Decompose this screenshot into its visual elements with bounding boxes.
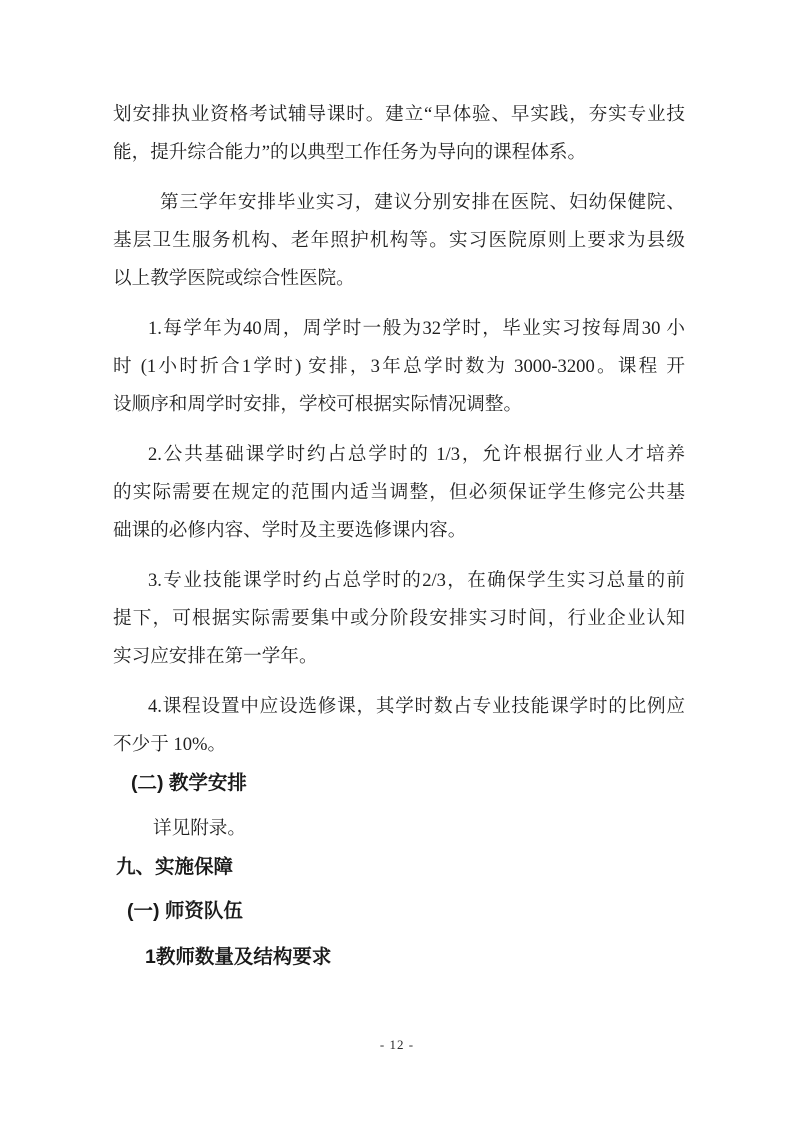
paragraph-line: 2.公共基础课学时约占总学时的 1/3，允许根据行业人才培养 bbox=[113, 436, 685, 474]
paragraph-line: 能，提升综合能力”的以典型工作任务为导向的课程体系。 bbox=[113, 134, 685, 172]
paragraph: 3.专业技能课学时约占总学时的2/3，在确保学生实习总量的前 提下，可根据实际需… bbox=[113, 562, 685, 676]
section-heading-teacher-quantity-structure: 1教师数量及结构要求 bbox=[113, 938, 685, 976]
paragraph-line: 4.课程设置中应设选修课，其学时数占专业技能课学时的比例应 bbox=[113, 688, 685, 726]
document-page: 划安排执业资格考试辅导课时。建立“早体验、早实践，夯实专业技 能，提升综合能力”… bbox=[0, 0, 794, 1123]
paragraph: 详见附录。 bbox=[113, 810, 685, 848]
paragraph-line: 提下，可根据实际需要集中或分阶段安排实习时间，行业企业认知 bbox=[113, 600, 685, 638]
paragraph-line: 第三学年安排毕业实习，建议分别安排在医院、妇幼保健院、 bbox=[113, 184, 685, 222]
paragraph-line: 1.每学年为40周，周学时一般为32学时，毕业实习按每周30 小 bbox=[113, 310, 685, 348]
paragraph-line: 以上教学医院或综合性医院。 bbox=[113, 260, 685, 298]
paragraph: 1.每学年为40周，周学时一般为32学时，毕业实习按每周30 小 时 (1小时折… bbox=[113, 310, 685, 424]
paragraph-line: 设顺序和周学时安排，学校可根据实际情况调整。 bbox=[113, 386, 685, 424]
section-heading-teaching-arrangement: (二) 教学安排 bbox=[113, 764, 685, 802]
paragraph-line: 划安排执业资格考试辅导课时。建立“早体验、早实践，夯实专业技 bbox=[113, 96, 685, 134]
paragraph-line: 不少于 10%。 bbox=[113, 726, 685, 764]
paragraph-line: 时 (1小时折合1学时) 安排，3年总学时数为 3000-3200。课程 开 bbox=[113, 348, 685, 386]
paragraph: 4.课程设置中应设选修课，其学时数占专业技能课学时的比例应 不少于 10%。 bbox=[113, 688, 685, 764]
page-number: - 12 - bbox=[380, 1037, 414, 1052]
paragraph-line: 基层卫生服务机构、老年照护机构等。实习医院原则上要求为县级 bbox=[113, 222, 685, 260]
paragraph-line: 实习应安排在第一学年。 bbox=[113, 638, 685, 676]
paragraph: 划安排执业资格考试辅导课时。建立“早体验、早实践，夯实专业技 能，提升综合能力”… bbox=[113, 96, 685, 172]
page-footer: - 12 - bbox=[0, 1036, 794, 1054]
paragraph-line: 详见附录。 bbox=[113, 810, 685, 848]
paragraph: 第三学年安排毕业实习，建议分别安排在医院、妇幼保健院、 基层卫生服务机构、老年照… bbox=[113, 184, 685, 298]
section-heading-faculty-team: (一) 师资队伍 bbox=[113, 892, 685, 930]
document-body: 划安排执业资格考试辅导课时。建立“早体验、早实践，夯实专业技 能，提升综合能力”… bbox=[113, 96, 685, 976]
section-heading-implementation-guarantee: 九、实施保障 bbox=[113, 848, 685, 886]
paragraph-line: 础课的必修内容、学时及主要选修课内容。 bbox=[113, 512, 685, 550]
paragraph-line: 的实际需要在规定的范围内适当调整，但必须保证学生修完公共基 bbox=[113, 474, 685, 512]
paragraph: 2.公共基础课学时约占总学时的 1/3，允许根据行业人才培养 的实际需要在规定的… bbox=[113, 436, 685, 550]
paragraph-line: 3.专业技能课学时约占总学时的2/3，在确保学生实习总量的前 bbox=[113, 562, 685, 600]
